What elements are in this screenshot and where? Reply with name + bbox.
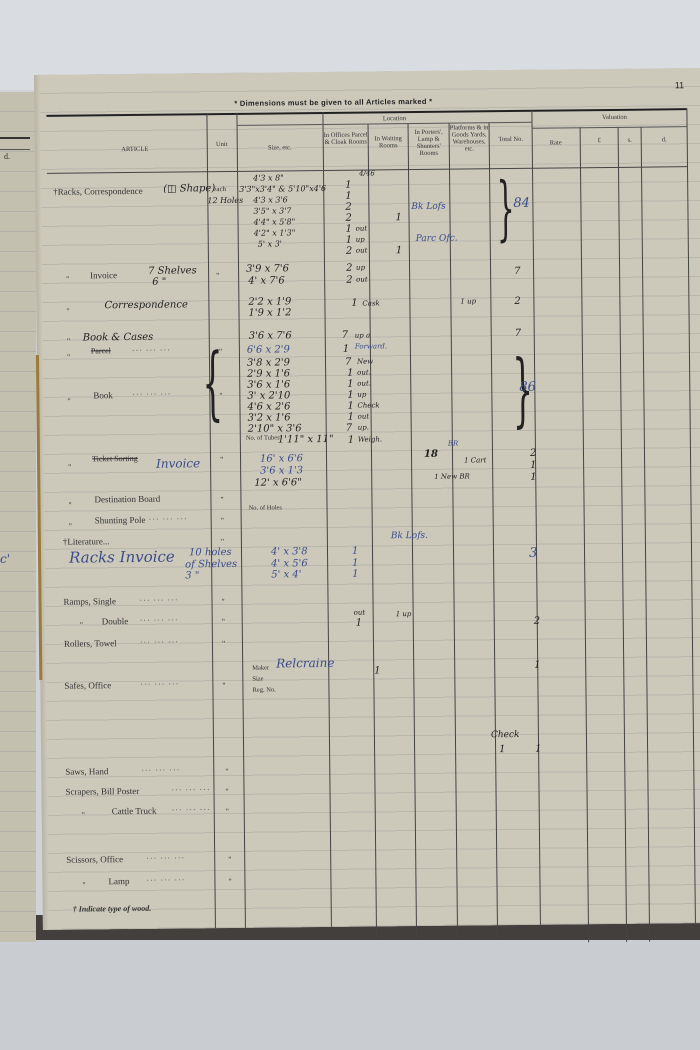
size-value: 1'11" x 11": [278, 434, 334, 446]
offices-count: 1: [343, 344, 349, 355]
offices-count: 1: [348, 435, 354, 446]
footnote: † Indicate type of wood.: [73, 904, 152, 914]
article-label: Book & Cases: [83, 332, 154, 344]
size-value: 5' x 3': [258, 238, 282, 249]
leader-dots: ··· ··· ···: [140, 680, 179, 689]
header-rate: Rate: [532, 139, 580, 147]
offices-count: 1: [345, 191, 351, 202]
left-page-column-label: d.: [4, 152, 10, 161]
leader-dots: ··· ··· ···: [146, 853, 185, 862]
size-value: 16' x 6'6: [260, 453, 303, 464]
total-value: 1: [534, 660, 540, 671]
ditto-mark: ": [225, 767, 228, 776]
offices-count: 1: [346, 224, 352, 235]
header-shillings: s.: [619, 137, 641, 144]
offices-note: up.: [358, 423, 369, 434]
ditto-mark: ": [68, 501, 71, 510]
ditto-mark: ": [82, 811, 85, 820]
dimensions-banner: * Dimensions must be given to all Articl…: [234, 97, 432, 108]
offices-count: 1: [347, 390, 353, 401]
size-value: 3'3"x3'4" & 5'10"x4'6: [239, 183, 326, 195]
header-total: Total No.: [490, 136, 532, 143]
offices-note: out: [356, 275, 368, 286]
offices-note: Cask: [362, 298, 379, 309]
check-note: Check: [491, 730, 520, 741]
unit-value: each: [213, 185, 226, 193]
leader-dots: ··· ··· ···: [140, 616, 179, 625]
maker-value: Relcraine: [276, 658, 334, 670]
ditto-mark: ": [222, 681, 225, 690]
size-value: 2'2 x 1'9: [248, 296, 291, 307]
article-label: Shunting Pole: [95, 515, 146, 526]
total-value: 86: [519, 382, 536, 393]
offices-note: New: [357, 356, 373, 367]
article-label: Ramps, Single: [63, 596, 116, 607]
size-value: 3'6 x 1'6: [247, 379, 290, 390]
porters-note: Bk Lofs: [411, 202, 445, 213]
leader-dots: ··· ··· ···: [140, 638, 179, 647]
ditto-mark: ": [222, 639, 225, 648]
ditto-mark: ": [221, 516, 224, 525]
offices-count: 1: [347, 379, 353, 390]
total-value: 1: [535, 744, 541, 755]
header-offices: In Offices Parcel & Cloak Rooms: [324, 132, 368, 146]
platforms-count: 1: [499, 744, 505, 755]
ditto-mark: ": [67, 353, 70, 362]
offices-note: 4/46: [359, 168, 375, 179]
handwritten-note: 7 Shelves: [148, 265, 197, 277]
offices-note: up: [356, 235, 365, 246]
divider: [532, 126, 687, 129]
leader-dots: ··· ··· ···: [132, 346, 171, 355]
total-value: 2: [530, 448, 536, 459]
waiting-count: 1: [395, 212, 401, 223]
ditto-mark: ": [66, 275, 69, 284]
offices-count: 7: [342, 330, 348, 341]
header-valuation: Valuation: [574, 114, 654, 122]
total-value: 1: [530, 472, 536, 483]
ditto-mark: ": [220, 495, 223, 504]
ditto-mark: ": [69, 522, 72, 531]
column-divider: [449, 123, 459, 938]
offices-count: 1: [348, 412, 354, 423]
article-label: Double: [102, 616, 129, 626]
offices-count: 1: [352, 558, 358, 569]
ditto-mark: ": [67, 397, 70, 406]
size-value: 1'9 x 1'2: [248, 307, 291, 318]
porters-note: 1 New BR: [434, 471, 470, 482]
offices-count: 2: [345, 213, 351, 224]
size-value: 3'9 x 7'6: [246, 263, 289, 274]
size-value: 3'8 x 2'9: [247, 357, 290, 368]
leader-dots: ··· ··· ···: [172, 805, 211, 814]
offices-note: out: [358, 412, 370, 423]
size-label: Size: [252, 676, 263, 683]
article-label: Ticket Sorting: [92, 454, 138, 463]
waiting-note: Bk Lofs.: [391, 531, 428, 542]
handwritten-note: of Shelves: [185, 559, 237, 571]
size-value: 12' x 6'6": [254, 477, 302, 488]
brace: }: [496, 178, 514, 238]
offices-count: 1: [347, 401, 353, 412]
size-value: 3'2 x 1'6: [248, 412, 291, 423]
header-unit: Unit: [207, 141, 237, 148]
header-pounds: £: [581, 137, 618, 144]
offices-count: 1: [351, 298, 357, 309]
article-label: Racks Invoice: [69, 552, 175, 564]
header-size: Size, etc.: [237, 144, 323, 152]
size-value: 3'5" x 3'7: [253, 205, 291, 216]
ditto-mark: ": [221, 597, 224, 606]
ditto-mark: ": [225, 787, 228, 796]
holes-label: No. of Holes: [249, 504, 319, 512]
offices-count: 2: [346, 246, 352, 257]
leader-dots: ··· ··· ···: [149, 514, 188, 523]
handwritten-note: 10 holes: [189, 547, 232, 558]
offices-note: up: [356, 263, 365, 274]
leader-dots: ··· ··· ···: [132, 390, 171, 399]
waiting-note: BR: [448, 439, 459, 450]
leader-dots: ··· ··· ···: [139, 596, 178, 605]
page-spine: [34, 75, 49, 930]
offices-note: out: [356, 246, 368, 257]
size-value: 2'9 x 1'6: [247, 368, 290, 379]
article-label: Book: [93, 390, 113, 400]
size-value: 4' x 5'6: [271, 558, 308, 569]
article-label: †Racks, Correspondence: [53, 186, 143, 197]
leader-dots: ··· ··· ···: [171, 785, 210, 794]
handwritten-note: (◫ Shape): [163, 183, 215, 195]
total-value: 7: [514, 266, 520, 277]
column-divider: [641, 127, 651, 942]
total-value: 84: [513, 198, 530, 209]
article-label: Correspondence: [104, 299, 188, 311]
size-value: 6'6 x 2'9: [247, 344, 290, 355]
reg-no-label: Reg. No.: [252, 687, 275, 694]
offices-count: 7: [346, 423, 352, 434]
handwritten-note: Invoice: [156, 458, 200, 469]
offices-note: Check: [357, 400, 379, 411]
column-divider: [531, 110, 541, 925]
leader-dots: ··· ··· ···: [146, 875, 185, 884]
ditto-mark: ": [219, 391, 222, 400]
header-article: ARTICLE: [95, 146, 175, 154]
column-divider: [580, 127, 590, 942]
ditto-mark: ": [67, 337, 70, 346]
size-value: 4'3 x 8": [253, 172, 284, 183]
size-value: 4'3 x 3'6: [253, 194, 287, 205]
column-divider: [322, 112, 332, 927]
article-label: Destination Board: [94, 494, 160, 505]
article-label: Invoice: [90, 270, 117, 280]
header-waiting-rooms: In Waiting Rooms: [369, 135, 408, 149]
total-value: 2: [514, 296, 520, 307]
article-label: †Literature...: [63, 536, 110, 546]
offices-note: up: [357, 390, 366, 401]
total-value: 3: [529, 548, 537, 559]
size-value: 4' x 7'6: [248, 275, 285, 286]
handwritten-note: 3 ": [185, 570, 199, 581]
header-platforms: Platforms & in Goods Yards, Warehouses, …: [450, 124, 489, 152]
left-page-margin-note: c': [0, 552, 10, 566]
ditto-mark: ": [228, 855, 231, 864]
ditto-mark: ": [66, 307, 69, 316]
column-divider: [686, 108, 696, 923]
total-value: 7: [515, 328, 521, 339]
article-label: Scrapers, Bill Poster: [65, 786, 139, 797]
size-value: 2'10" x 3'6: [248, 423, 302, 435]
offices-count: 1: [352, 546, 358, 557]
size-value: 4'2" x 1'3": [254, 227, 296, 238]
ditto-mark: ": [228, 877, 231, 886]
ditto-mark: ": [220, 455, 223, 464]
ditto-mark: ": [221, 537, 224, 546]
header-location: Location: [334, 115, 454, 123]
ditto-mark: ": [226, 807, 229, 816]
article-label: Lamp: [108, 876, 129, 886]
article-label: Saws, Hand: [65, 766, 108, 776]
platforms-note: 1 up: [460, 296, 476, 307]
offices-count: 2: [346, 275, 352, 286]
ditto-mark: ": [80, 621, 83, 630]
handwritten-note: 6 ": [152, 277, 166, 288]
divider: [0, 149, 30, 150]
tubes-label: No. of Tubes: [246, 434, 280, 441]
waiting-count: 1: [396, 245, 402, 256]
divider: [0, 137, 30, 139]
ditto-mark: ": [216, 271, 219, 280]
column-divider: [618, 127, 628, 942]
offices-note: out.: [357, 367, 371, 378]
size-value: 3'6 x 7'6: [249, 330, 292, 341]
waiting-count: 1 up: [396, 609, 412, 620]
waiting-count: 18: [424, 449, 438, 460]
offices-note: Weigh.: [358, 434, 382, 445]
size-value: 4'4" x 5'8": [253, 216, 295, 227]
offices-note: out.: [357, 378, 371, 389]
article-label: Safes, Office: [64, 680, 111, 690]
size-value: 3' x 2'10: [247, 390, 290, 401]
offices-count: 1: [356, 618, 362, 629]
offices-note: up a: [355, 330, 371, 341]
offices-count: 1: [346, 235, 352, 246]
offices-count: 1: [345, 180, 351, 191]
ditto-mark: ": [68, 463, 71, 472]
header-pence: d.: [642, 136, 687, 143]
offices-count: 1: [347, 368, 353, 379]
size-value: 4'6 x 2'6: [247, 401, 290, 412]
backdrop-table-surface: [0, 935, 700, 1050]
offices-count: 2: [346, 263, 352, 274]
offices-count: 2: [345, 202, 351, 213]
offices-count: 7: [345, 357, 351, 368]
total-value: 2: [534, 616, 540, 627]
ledger-page: 11 * Dimensions must be given to all Art…: [34, 68, 700, 930]
total-value: 1: [530, 460, 536, 471]
maker-label: Maker: [252, 665, 269, 672]
column-divider: [368, 123, 378, 938]
left-page-edge: d. c': [0, 92, 36, 942]
brace: {: [202, 353, 223, 413]
header-porters-rooms: In Porters', Lamp & Shunters' Rooms: [409, 129, 449, 157]
ditto-mark: ": [222, 617, 225, 626]
porters-note: Parc Ofc.: [416, 234, 458, 245]
platforms-note: 1 Cart: [464, 455, 486, 466]
offices-count: 1: [352, 569, 358, 580]
size-value: 4' x 3'8: [271, 546, 308, 557]
article-label: Parcel: [91, 346, 111, 355]
offices-note: Forward.: [355, 341, 387, 352]
article-label: Scissors, Office: [66, 854, 123, 865]
ditto-mark: ": [82, 881, 85, 890]
size-value: 3'6 x 1'3: [260, 465, 303, 476]
leader-dots: ··· ··· ···: [141, 766, 180, 775]
article-label: Cattle Truck: [112, 806, 157, 816]
handwritten-note: 12 Holes: [207, 195, 243, 206]
offices-note: out: [356, 224, 368, 235]
page-number: 11: [675, 80, 684, 90]
article-label: Rollers, Towel: [64, 638, 117, 649]
size-value: 5' x 4': [271, 569, 301, 580]
offices-count: 1: [374, 665, 380, 676]
column-divider: [236, 113, 246, 928]
